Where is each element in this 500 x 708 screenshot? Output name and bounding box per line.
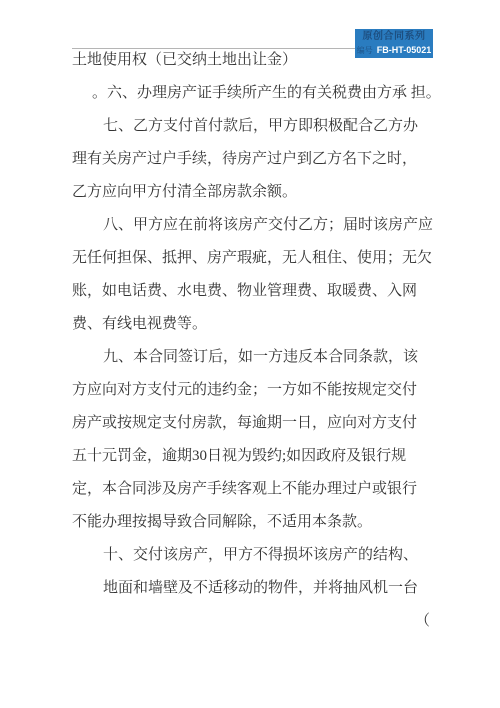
text-line: 。六、办理房产证手续所产生的有关税费由方承 担。 [72, 77, 430, 110]
text-line: 账，如电话费、水电费、物业管理费、取暖费、入网 [72, 275, 430, 308]
document-body: 土地使用权（已交纳土地出让金）。六、办理房产证手续所产生的有关税费由方承 担。七… [72, 44, 430, 638]
text-line: 五十元罚金，逾期30日视为毁约;如因政府及银行规 [72, 440, 430, 473]
text-line: 地面和墙壁及不适移动的物件，并将抽风机一台 [72, 572, 430, 605]
document-page: 原创合同系列 编号 FB-HT-05021 土地使用权（已交纳土地出让金）。六、… [0, 0, 500, 708]
text-line: 费、有线电视费等。 [72, 308, 430, 341]
text-line: 方应向对方支付元的违约金；一方如不能按规定交付 [72, 374, 430, 407]
text-line: 定，本合同涉及房产手续客观上不能办理过户或银行 [72, 473, 430, 506]
badge-series-title: 原创合同系列 [355, 31, 433, 43]
text-line: 乙方应向甲方付清全部房款余额。 [72, 176, 430, 209]
text-line: 九、本合同签订后，如一方违反本合同条款，该 [72, 341, 430, 374]
text-line: 理有关房产过户手续，待房产过户到乙方名下之时， [72, 143, 430, 176]
text-line: 房产或按规定支付房款，每逾期一日，应向对方支付 [72, 407, 430, 440]
text-line: 八、甲方应在前将该房产交付乙方；届时该房产应 [72, 209, 430, 242]
text-line: 土地使用权（已交纳土地出让金） [72, 44, 430, 77]
text-line: 无任何担保、抵押、房产瑕疵，无人租住、使用；无欠 [72, 242, 430, 275]
text-line: 不能办理按揭导致合同解除，不适用本条款。 [72, 506, 430, 539]
text-line: 七、乙方支付首付款后，甲方即积极配合乙方办 [72, 110, 430, 143]
text-line: 十、交付该房产，甲方不得损坏该房产的结构、 [72, 539, 430, 572]
text-line: （ [72, 605, 430, 638]
